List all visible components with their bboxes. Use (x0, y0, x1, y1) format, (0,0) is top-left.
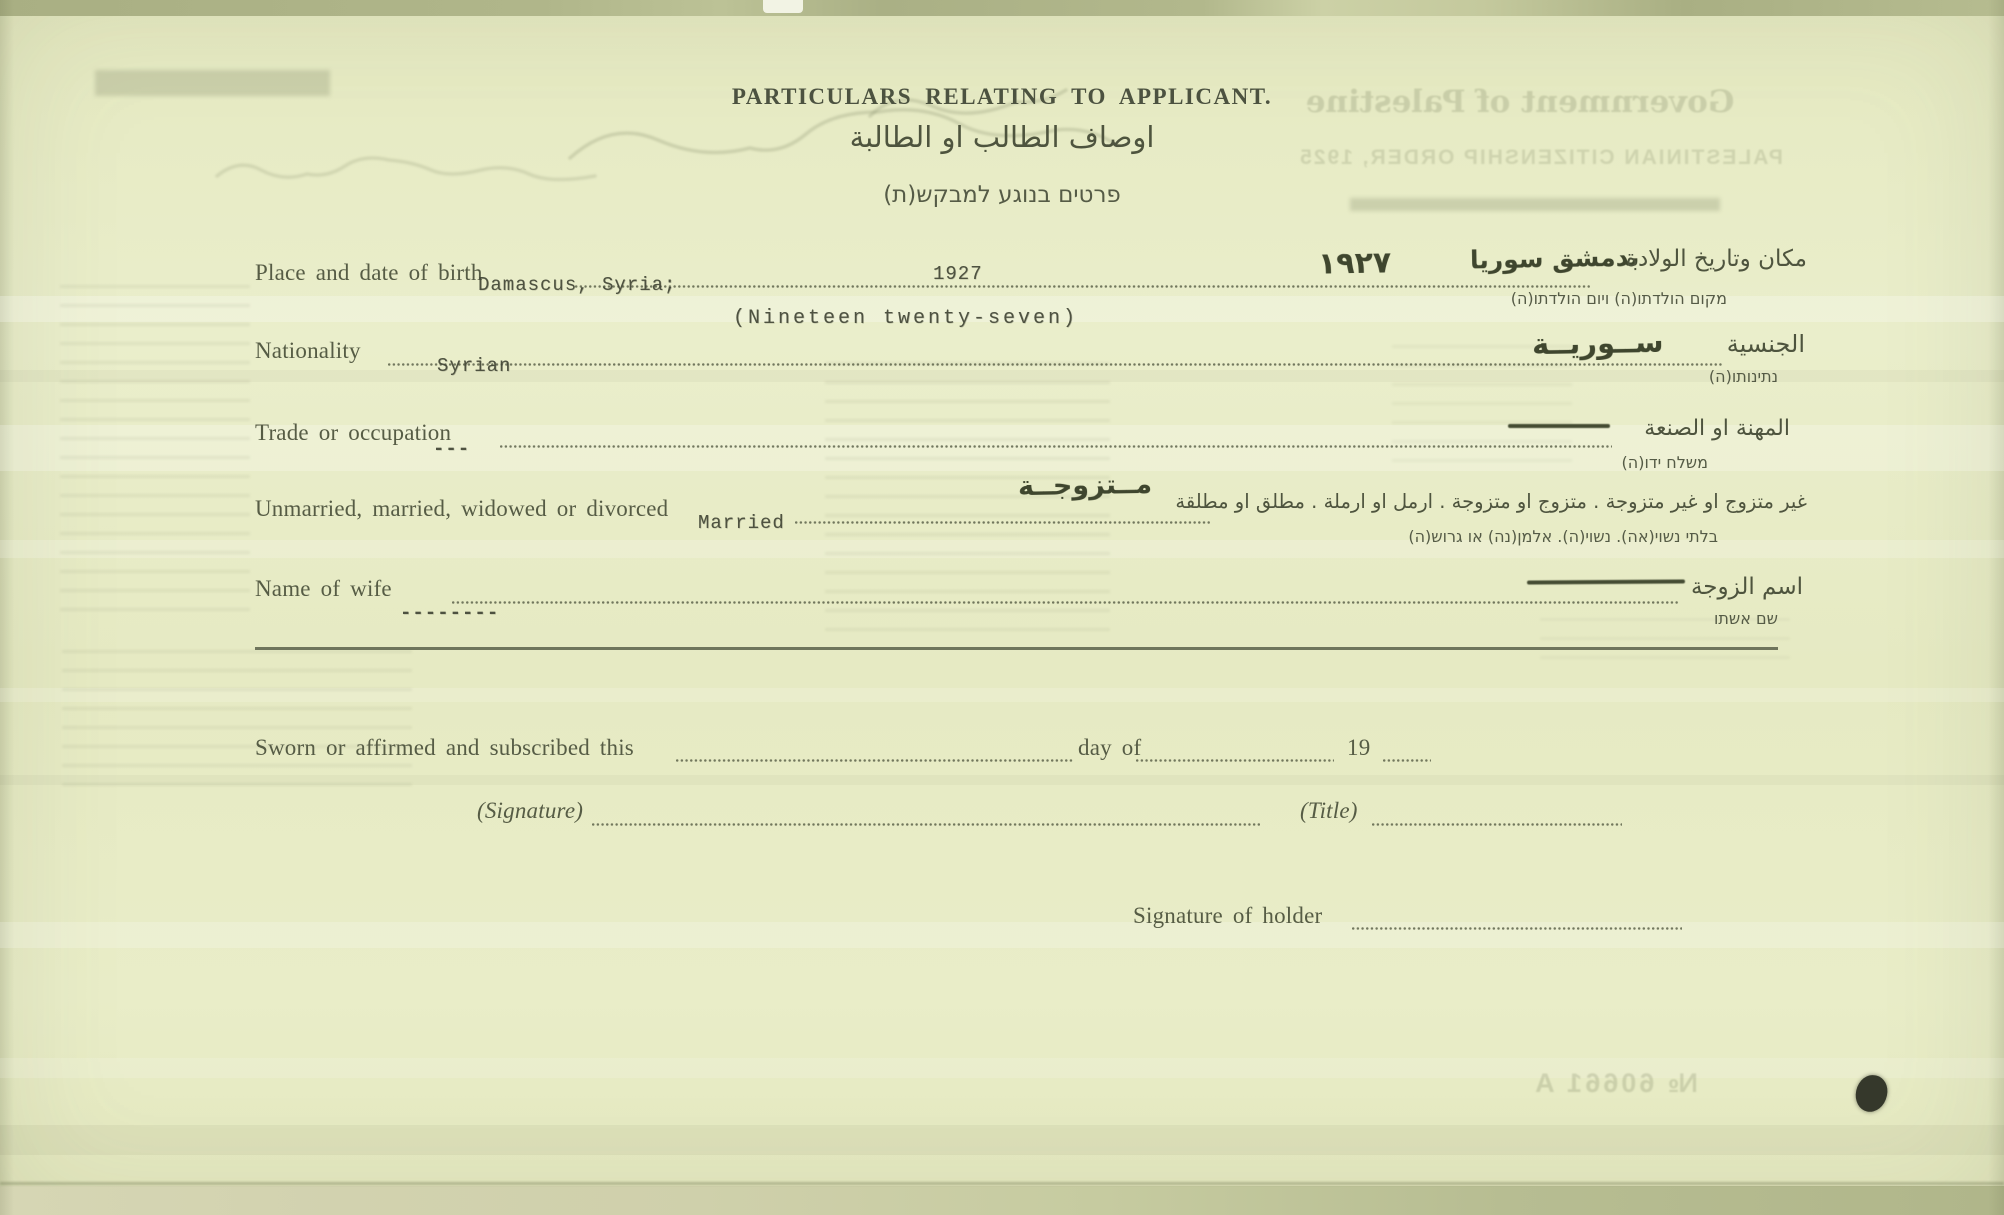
nationality-label-arabic: الجنسية (1710, 330, 1805, 358)
bleedthrough-serial-number: № 60661 A (1480, 1068, 1750, 1099)
scan-band (0, 1125, 2004, 1155)
ink-blot (1852, 1072, 1890, 1115)
birth-dotted-line (575, 285, 1590, 288)
nationality-dotted-line (388, 363, 1723, 366)
occupation-label-english: Trade or occupation (255, 420, 451, 446)
marital-label-arabic: غير متزوج او غير متزوجة . متزوج او متزوج… (1205, 490, 1807, 513)
occupation-label-hebrew: משלח ידו(ה) (1620, 453, 1708, 472)
occupation-dotted-line (500, 445, 1612, 448)
nationality-label-hebrew: נתינותו(ה) (1690, 367, 1778, 386)
section-divider-rule (255, 647, 1778, 650)
wife-typed-value: -------- (400, 602, 499, 624)
scan-top-notch (763, 0, 803, 13)
marital-typed-value: Married (698, 512, 785, 534)
wife-label-arabic: اسم الزوجة (1683, 574, 1803, 600)
birth-label-english: Place and date of birth (255, 260, 483, 286)
bleedthrough-text-block (60, 285, 250, 625)
wife-dotted-line (452, 601, 1680, 604)
title-label: (Title) (1300, 798, 1358, 824)
sworn-label: Sworn or affirmed and subscribed this (255, 735, 634, 761)
scan-edge-top (0, 0, 2004, 16)
wife-label-hebrew: שם אשתו (1688, 609, 1778, 628)
year-prefix-label: 19 (1347, 735, 1370, 761)
sworn-dotted-line-3 (1383, 759, 1431, 762)
scan-bottom-shadow-line (0, 1182, 2004, 1185)
birth-handwritten-year: ١٩٢٧ (1318, 245, 1392, 281)
scan-edge-bottom (0, 1186, 2004, 1215)
sworn-dotted-line-2 (1136, 759, 1334, 762)
signature-label: (Signature) (477, 798, 583, 824)
form-title-english: PARTICULARS RELATING TO APPLICANT. (0, 84, 2004, 110)
scanned-citizenship-form: Government of Palestine PALESTINIAN CITI… (0, 0, 2004, 1215)
birth-typed-place: Damascus, Syria; (478, 274, 676, 296)
bleedthrough-text-block (62, 650, 412, 790)
marital-dotted-line (795, 521, 1210, 524)
sworn-dotted-line-1 (676, 759, 1074, 762)
nationality-handwritten-value: ســوريــة (1532, 325, 1664, 361)
birth-typed-year-words: (Nineteen twenty-seven) (733, 307, 1078, 330)
marital-label-hebrew: בלתי נשוי(אה). נשוי(ה). אלמן(נה) או גרוש… (1398, 527, 1718, 546)
birth-typed-year: 1927 (933, 263, 983, 285)
nationality-typed-value: Syrian (437, 355, 511, 377)
birth-label-hebrew: מקום הולדתו(ה) ויום הולדתו(ה) (1447, 289, 1727, 308)
holder-signature-label: Signature of holder (1133, 903, 1322, 929)
birth-label-arabic: مكان وتاريخ الولادة (1593, 246, 1807, 272)
signature-dotted-line (592, 823, 1260, 826)
occupation-handwritten-dash (1508, 424, 1610, 428)
nationality-label-english: Nationality (255, 338, 361, 364)
form-title-arabic: اوصاف الطالب او الطالبة (0, 120, 2004, 154)
marital-label-english: Unmarried, married, widowed or divorced (255, 496, 668, 522)
title-dotted-line (1372, 823, 1622, 826)
holder-dotted-line (1352, 927, 1682, 930)
scan-band (0, 922, 2004, 948)
day-of-label: day of (1078, 735, 1141, 761)
form-title-hebrew: פרטים בנוגע למבקש(ת) (0, 182, 2004, 208)
wife-label-english: Name of wife (255, 576, 392, 602)
wife-handwritten-dash (1527, 579, 1685, 584)
occupation-label-arabic: المهنة او الصنعة (1618, 416, 1790, 441)
marital-handwritten-value: مــتزوجــة (1018, 469, 1153, 502)
occupation-typed-value: --- (433, 438, 470, 460)
